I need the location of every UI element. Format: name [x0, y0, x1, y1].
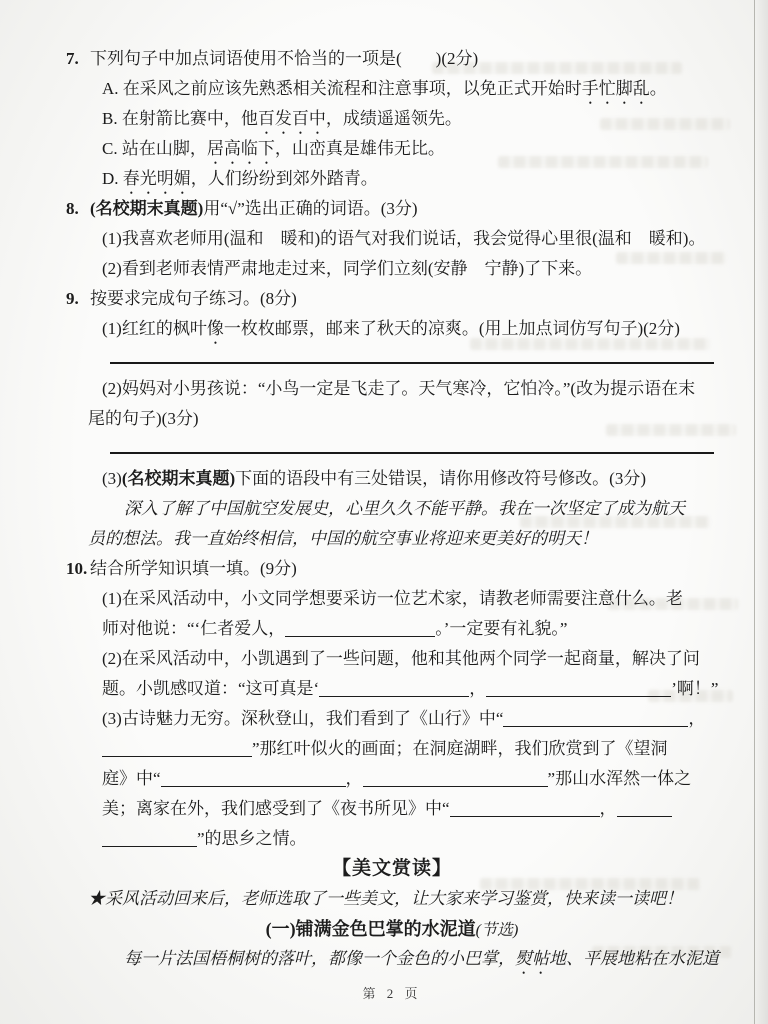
q9-stem-text: 按要求完成句子练习。(8分): [90, 289, 297, 308]
text-segment: ，: [469, 679, 486, 698]
q10-item-1-line-2: 师对他说：“‘仁者爱人，。’一定要有礼貌。”: [66, 614, 718, 644]
text-segment: ，: [346, 769, 363, 788]
text-segment: C. 站在山脚，: [102, 139, 207, 158]
answer-blank: [285, 619, 435, 637]
q10-item-2-line-1: (2)在采风活动中，小凯遇到了一些问题，他和其他两个同学一起商量，解决了问: [66, 644, 718, 674]
text-segment: 师对他说：“‘仁者爱人，: [102, 619, 285, 638]
text-segment: ，成绩遥遥领先。: [326, 109, 462, 128]
answer-blank: [102, 739, 252, 757]
q10-stem-text: 结合所学知识填一填。(9分): [90, 559, 297, 578]
passage-title-note: (节选): [476, 922, 519, 939]
q7-stem: 7.下列句子中加点词语使用不恰当的一项是( )(2分): [66, 44, 718, 74]
page-number: 第 2 页: [66, 974, 718, 1004]
q10-item-3-line-5: ”的思乡之情。: [66, 824, 718, 854]
answer-blank: [161, 769, 346, 787]
answer-blank: [363, 769, 548, 787]
answer-blank: [617, 799, 672, 817]
text-segment: 。: [650, 79, 667, 98]
text-segment: (3): [102, 469, 122, 488]
q9-stem: 9.按要求完成句子练习。(8分): [66, 284, 718, 314]
q10-item-2-line-2: 题。小凯感叹道：“这可真是‘，’啊！”: [66, 674, 718, 704]
text-segment: ’啊！”: [671, 679, 718, 698]
text-segment: 庭》中“: [102, 769, 161, 788]
section-title: 【美文赏读】: [66, 854, 718, 884]
text-segment: 居高临下: [207, 139, 275, 158]
text-segment: 百发百中: [258, 109, 326, 128]
q7-option-d: D. 春光明媚，人们纷纷到郊外踏青。: [66, 164, 718, 194]
q8-stem-text: (名校期末真题)用“√”选出正确的词语。(3分): [90, 199, 418, 218]
passage-text-line-1: 每一片法国梧桐树的落叶，都像一个金色的小巴掌，熨帖地、平展地粘在水泥道: [66, 944, 718, 974]
q9-passage-line-2: 员的想法。我一直始终相信，中国的航空事业将迎来更美好的明天！: [66, 524, 718, 554]
text-segment: 。’一定要有礼貌。”: [435, 619, 567, 638]
text-segment: B. 在射箭比赛中，他: [102, 109, 258, 128]
q10-stem: 10.结合所学知识填一填。(9分): [66, 554, 718, 584]
passage-title: (一)铺满金色巴掌的水泥道(节选): [66, 914, 718, 944]
answer-blank: [450, 799, 600, 817]
q8-item-2: (2)看到老师表情严肃地走过来，同学们立刻(安静 宁静)了下来。: [66, 254, 718, 284]
q10-item-3-line-2: ”那红叶似火的画面；在洞庭湖畔，我们欣赏到了《望洞: [66, 734, 718, 764]
q9-passage-line-1: 深入了解了中国航空发展史，心里久久不能平静。我在一次坚定了成为航天: [66, 494, 718, 524]
q10-item-3-line-3: 庭》中“，”那山水浑然一体之: [66, 764, 718, 794]
q9-item-2-answer-row: [66, 434, 718, 464]
q7-option-a: A. 在采风之前应该先熟悉相关流程和注意事项，以免正式开始时手忙脚乱。: [66, 74, 718, 104]
answer-blank: [503, 709, 688, 727]
text-segment: 像: [207, 319, 224, 338]
text-segment: (1)红红的枫叶: [102, 319, 207, 338]
q7-number: 7.: [66, 44, 90, 74]
text-segment: ，山峦真是雄伟无比。: [275, 139, 445, 158]
q9-item-1-answer-row: [66, 344, 718, 374]
text-segment: 熨帖: [515, 949, 549, 968]
text-segment: ，人们纷纷到郊外踏青。: [191, 169, 378, 188]
text-segment: ”那山水浑然一体之: [548, 769, 692, 788]
q10-item-3-line-1: (3)古诗魅力无穷。深秋登山，我们看到了《山行》中“，: [66, 704, 718, 734]
passage-title-text: (一)铺满金色巴掌的水泥道: [266, 919, 476, 939]
answer-blank: [486, 679, 671, 697]
q10-item-1-line-1: (1)在采风活动中，小文同学想要采访一位艺术家，请教老师需要注意什么。老: [66, 584, 718, 614]
text-segment: (3)古诗魅力无穷。深秋登山，我们看到了《山行》中“: [102, 709, 503, 728]
q7-option-b: B. 在射箭比赛中，他百发百中，成绩遥遥领先。: [66, 104, 718, 134]
q9-number: 9.: [66, 284, 90, 314]
scan-fold-shadow: [755, 0, 768, 1024]
text-segment: 美；离家在外，我们感受到了《夜书所见》中“: [102, 799, 450, 818]
q9-item-2-line-2: 尾的句子)(3分): [66, 404, 718, 434]
q9-item-1: (1)红红的枫叶像一枚枚邮票，邮来了秋天的凉爽。(用上加点词仿写句子)(2分): [66, 314, 718, 344]
q7-stem-text: 下列句子中加点词语使用不恰当的一项是( )(2分): [90, 49, 478, 68]
text-segment: 手忙脚乱: [582, 79, 650, 98]
answer-blank: [102, 829, 197, 847]
text-segment: (名校期末真题): [90, 199, 203, 218]
text-segment: 一枚枚邮票，邮来了秋天的凉爽。(用上加点词仿写句子)(2分): [224, 319, 680, 338]
exam-page-content: 7.下列句子中加点词语使用不恰当的一项是( )(2分) A. 在采风之前应该先熟…: [66, 44, 718, 1004]
reading-intro: ★采风活动回来后，老师选取了一些美文，让大家来学习鉴赏，快来读一读吧！: [66, 884, 718, 914]
q10-number: 10.: [66, 554, 90, 584]
text-segment: 用“√”选出正确的词语。(3分): [203, 199, 417, 218]
q10-item-3-line-4: 美；离家在外，我们感受到了《夜书所见》中“，: [66, 794, 718, 824]
q9-item-2-line-1: (2)妈妈对小男孩说：“小鸟一定是飞走了。天气寒冷，它怕冷。”(改为提示语在末: [66, 374, 718, 404]
text-segment: 题。小凯感叹道：“这可真是‘: [102, 679, 319, 698]
text-segment: D.: [102, 169, 123, 188]
answer-line: [110, 452, 714, 454]
q8-item-1: (1)我喜欢老师用(温和 暖和)的语气对我们说话，我会觉得心里很(温和 暖和)。: [66, 224, 718, 254]
text-segment: 地、平展地粘在水泥道: [549, 949, 719, 968]
text-segment: ，: [600, 799, 617, 818]
text-segment: A. 在采风之前应该先熟悉相关流程和注意事项，以免正式开始时: [102, 79, 582, 98]
text-segment: (名校期末真题): [122, 469, 235, 488]
q9-item-3: (3)(名校期末真题)下面的语段中有三处错误，请你用修改符号修改。(3分): [66, 464, 718, 494]
text-segment: 下面的语段中有三处错误，请你用修改符号修改。(3分): [235, 469, 646, 488]
q7-option-c: C. 站在山脚，居高临下，山峦真是雄伟无比。: [66, 134, 718, 164]
text-segment: ”那红叶似火的画面；在洞庭湖畔，我们欣赏到了《望洞: [252, 739, 668, 758]
answer-blank: [319, 679, 469, 697]
q8-stem: 8.(名校期末真题)用“√”选出正确的词语。(3分): [66, 194, 718, 224]
q8-number: 8.: [66, 194, 90, 224]
text-segment: 每一片法国梧桐树的落叶，都像一个金色的小巴掌，: [124, 949, 515, 968]
text-segment: ，: [688, 709, 705, 728]
answer-line: [110, 362, 714, 364]
text-segment: ”的思乡之情。: [197, 829, 307, 848]
text-segment: 春光明媚: [123, 169, 191, 188]
